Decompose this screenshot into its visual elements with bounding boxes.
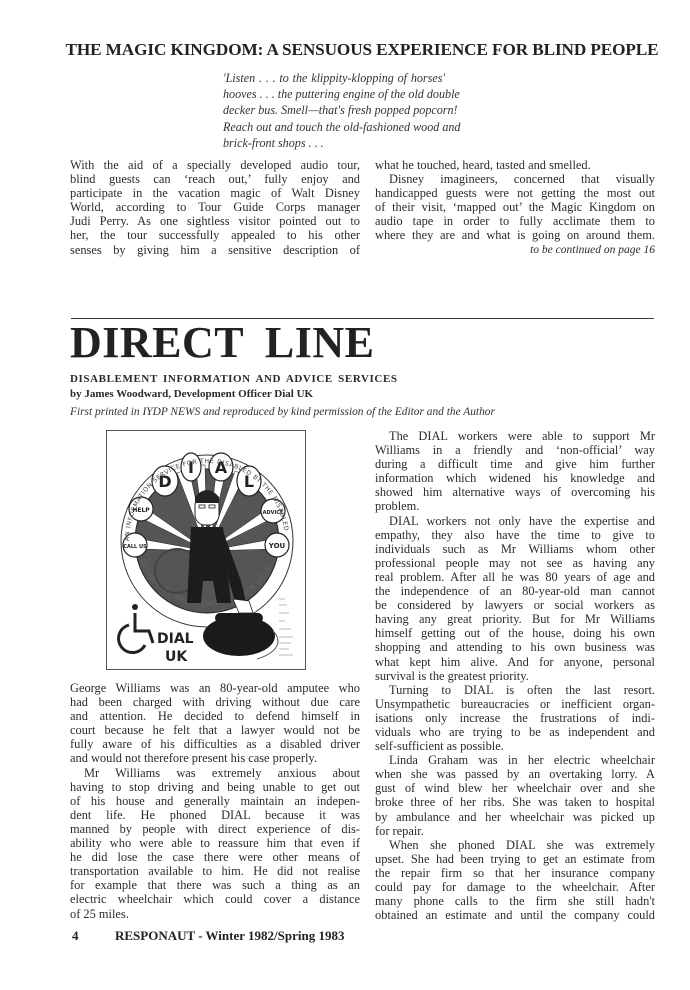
text-line: real problem. After all he was 80 years … bbox=[375, 570, 655, 584]
text-line: Linda Graham was in her electric wheelch… bbox=[375, 753, 655, 767]
text-line: having any great priority. But for Mr Wi… bbox=[375, 612, 655, 626]
article2-left-column: George Williams was an 80-year-old amput… bbox=[70, 681, 360, 921]
uk-logo-text: UK bbox=[165, 649, 188, 665]
article2-right-column: The DIAL workers were able to support Mr… bbox=[375, 429, 655, 922]
section-masthead: DIRECT LINE bbox=[70, 318, 374, 368]
text-line: Disney imagineers, concerned that visual… bbox=[375, 172, 655, 186]
text-line: having to stop driving and being unable … bbox=[70, 780, 360, 794]
text-line: individuals such as Mr Williams whom oth… bbox=[375, 542, 655, 556]
text-line: self-sufficient as possible. bbox=[375, 739, 655, 753]
text-line: Turning to DIAL is often the last resort… bbox=[375, 683, 655, 697]
text-line: and would not therefore present his case… bbox=[70, 751, 360, 765]
text-line: Williams in a friendly and ‘non-official… bbox=[375, 443, 655, 457]
publication-footer: RESPONAUT - Winter 1982/Spring 1983 bbox=[115, 928, 344, 944]
dial-poster-illustration: D I A L HELP ADVICE CALL US YOU AN INFOR… bbox=[106, 430, 306, 670]
text-line: participate in the vacation magic of Wal… bbox=[70, 186, 360, 200]
text-line: of his house and generally maintain an i… bbox=[70, 794, 360, 808]
text-line: Unsympathetic bureaucracies or inefficie… bbox=[375, 697, 655, 711]
text-line: be considered by lawyers or social worke… bbox=[375, 598, 655, 612]
text-line: he did lose the case there were other me… bbox=[70, 850, 360, 864]
text-line: obtained an estimate and until the compa… bbox=[375, 908, 655, 922]
text-line: isations only increase the frustrations … bbox=[375, 711, 655, 725]
text-line: shopping and attending to his own busine… bbox=[375, 640, 655, 654]
intro-line: decker bus. Smell—that's fresh popped po… bbox=[223, 102, 445, 118]
telephone-icon bbox=[203, 613, 278, 659]
article1-left-column: With the aid of a specially developed au… bbox=[70, 158, 360, 257]
text-line: the repair firm so that her insurance co… bbox=[375, 866, 655, 880]
text-line: transportation available to him. He did … bbox=[70, 864, 360, 878]
page-number: 4 bbox=[72, 928, 79, 944]
text-line: for repair. bbox=[375, 824, 655, 838]
poster-bubble-call-us: CALL US bbox=[123, 544, 147, 550]
dial-logo-text: DIAL bbox=[157, 631, 194, 647]
text-line: and attention. He decided to defend hims… bbox=[70, 709, 360, 723]
text-line: showed him alternative ways of overcomin… bbox=[375, 485, 655, 499]
poster-bubble-you: YOU bbox=[268, 542, 286, 550]
text-line: during a difficult time and give him fur… bbox=[375, 457, 655, 471]
text-line: by ambulance and her wheelchair was pick… bbox=[375, 810, 655, 824]
text-line: broke three of her ribs. She was taken t… bbox=[375, 795, 655, 809]
text-line: her, the tour successfully appealed to h… bbox=[70, 228, 360, 242]
text-line: blind guests can ‘reach out,’ fully enjo… bbox=[70, 172, 360, 186]
continued-note: to be continued on page 16 bbox=[375, 243, 655, 257]
text-line: dent life. He phoned DIAL because it was bbox=[70, 808, 360, 822]
text-line: empathy, they also have the time to give… bbox=[375, 528, 655, 542]
text-line: electric wheelchair which could cover a … bbox=[70, 892, 360, 906]
text-line: information which widened his knowledge … bbox=[375, 471, 655, 485]
text-line: With the aid of a specially developed au… bbox=[70, 158, 360, 172]
article-byline: by James Woodward, Development Officer D… bbox=[70, 387, 313, 402]
article1-right-column: what he touched, heard, tasted and smell… bbox=[375, 158, 655, 257]
text-line: audio tape in order to fully acclimate t… bbox=[375, 214, 655, 228]
text-line: Mr Williams was extremely anxious about bbox=[70, 766, 360, 780]
text-line: The DIAL workers were able to support Mr bbox=[375, 429, 655, 443]
text-line: manned by people with direct experience … bbox=[70, 822, 360, 836]
text-line: where they are and what is going on arou… bbox=[375, 228, 655, 242]
text-line: When she phoned DIAL she was extremely bbox=[375, 838, 655, 852]
article-headline: THE MAGIC KINGDOM: A SENSUOUS EXPERIENCE… bbox=[62, 40, 662, 60]
text-line: George Williams was an 80-year-old amput… bbox=[70, 681, 360, 695]
text-line: the independence of an 80-year-old man c… bbox=[375, 584, 655, 598]
dial-poster-graphic: D I A L HELP ADVICE CALL US YOU AN INFOR… bbox=[107, 431, 305, 669]
intro-line: brick-front shops . . . bbox=[223, 135, 445, 151]
text-line: handicapped guests were not getting the … bbox=[375, 186, 655, 200]
text-line: Judi Perry. As one sightless visitor poi… bbox=[70, 214, 360, 228]
text-line: DIAL workers not only have the expertise… bbox=[375, 514, 655, 528]
text-line: upset. She had been trying to get an est… bbox=[375, 852, 655, 866]
text-line: had been charged with driving without du… bbox=[70, 695, 360, 709]
text-line: when she was passed by an overtaking lor… bbox=[375, 767, 655, 781]
wheelchair-access-logo-icon bbox=[119, 604, 153, 653]
text-line: himself getting out of the house, doing … bbox=[375, 626, 655, 640]
text-line: what he touched, heard, tasted and smell… bbox=[375, 158, 655, 172]
text-line: of 25 miles. bbox=[70, 907, 360, 921]
text-line: for example that there was such a thing … bbox=[70, 878, 360, 892]
text-line: could pay for damage to the wheelchair. … bbox=[375, 880, 655, 894]
text-line: many phone calls to the firm she still h… bbox=[375, 894, 655, 908]
intro-line: hooves . . . the puttering engine of the… bbox=[223, 86, 445, 102]
text-line: survival is the greatest priority. bbox=[375, 669, 655, 683]
article-intro-quote: 'Listen . . . to the klippity-klopping o… bbox=[223, 70, 445, 151]
intro-line: Reach out and touch the old-fashioned wo… bbox=[223, 119, 445, 135]
reprint-credit: First printed in IYDP NEWS and reproduce… bbox=[70, 405, 495, 420]
text-line: gust of wind blew her wheelchair over an… bbox=[375, 781, 655, 795]
intro-line: 'Listen . . . to the klippity-klopping o… bbox=[223, 70, 445, 86]
text-line: professional people may not see as havin… bbox=[375, 556, 655, 570]
text-line: World, according to Tour Guide Corps man… bbox=[70, 200, 360, 214]
text-line: problem. bbox=[375, 499, 655, 513]
text-line: what kept him alive. And for anyone, per… bbox=[375, 655, 655, 669]
text-line: senses by giving him a sensitive descrip… bbox=[70, 243, 360, 257]
text-line: court because he felt that a lawyer woul… bbox=[70, 723, 360, 737]
article-subhead: DISABLEMENT INFORMATION AND ADVICE SERVI… bbox=[70, 372, 398, 387]
text-line: fully aware of his difficulties as a dis… bbox=[70, 737, 360, 751]
text-line: of their visit, ‘mapped out’ the Magic K… bbox=[375, 200, 655, 214]
text-line: viduals who are trying to be as independ… bbox=[375, 725, 655, 739]
text-line: ability who were able to reassure him th… bbox=[70, 836, 360, 850]
